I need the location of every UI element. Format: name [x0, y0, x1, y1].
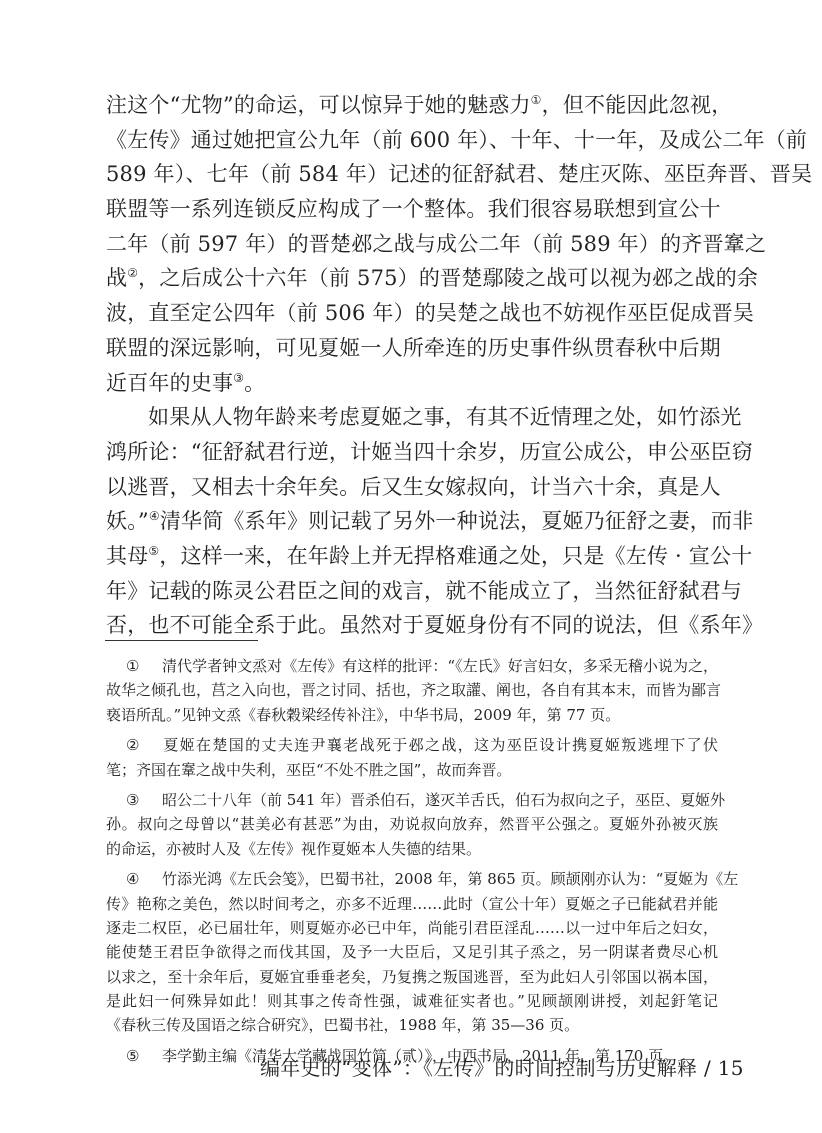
footnote-line: 以求之，至十余年后，夏姬宜垂垂老矣，乃复携之叛国逃晋，至为此妇人引邻国以祸本国，	[106, 965, 718, 989]
body-line: 鸿所论：“征舒弑君行逆，计姬当四十余岁，历宣公成公，申公巫臣窃	[106, 435, 718, 470]
footnote-line: 孙。叔向之母曾以“甚美必有甚恶”为由，劝说叔向放弃，然晋平公强之。夏姬外孙被灭族	[106, 812, 718, 836]
footnote-marker: ③	[126, 788, 162, 812]
footer-separator: /	[697, 1056, 717, 1080]
body-line: 589 年）、七年（前 584 年）记述的征舒弑君、楚庄灭陈、巫臣奔晋、晋吴	[106, 157, 718, 192]
body-line: 注这个“尤物”的命运，可以惊异于她的魅惑力①，但不能因此忽视，	[106, 88, 718, 123]
footnote-marker: ⑤	[126, 1044, 162, 1068]
body-line: 年》记载的陈灵公君臣之间的戏言，就不能成立了，当然征舒弑君与	[106, 574, 718, 609]
running-title: 编年史的“变体”：《左传》的时间控制与历史解释	[260, 1056, 697, 1080]
body-line: 战②，之后成公十六年（前 575）的晋楚鄢陵之战可以视为邲之战的余	[106, 261, 718, 296]
main-body-text: 注这个“尤物”的命运，可以惊异于她的魅惑力①，但不能因此忽视， 《左传》通过她把…	[106, 88, 718, 643]
body-line: 以逃晋，又相去十余年矣。后又生女嫁叔向，计当六十余，真是人	[106, 470, 718, 505]
body-line: 近百年的史事③。	[106, 366, 718, 401]
footnotes: ①清代学者钟文烝对《左传》有这样的批评：“《左氏》好言妇女，多采无稽小说为之， …	[106, 654, 718, 1068]
footnote-3: ③昭公二十八年（前 541 年）晋杀伯石，遂灭羊舌氏，伯石为叔向之子，巫臣、夏姬…	[106, 788, 718, 861]
body-line: 如果从人物年龄来考虑夏姬之事，有其不近情理之处，如竹添光	[106, 400, 718, 435]
footnote-4: ④竹添光鸿《左氏会笺》，巴蜀书社，2008 年，第 865 页。顾颉刚亦认为：“…	[106, 867, 718, 1038]
footnote-line: 笔；齐国在鞌之战中失利，巫臣“不处不胜之国”，故而奔晋。	[106, 758, 718, 782]
footnote-ref-1[interactable]: ①	[531, 93, 542, 107]
body-line: 《左传》通过她把宣公九年（前 600 年）、十年、十一年，及成公二年（前	[106, 123, 718, 158]
footnote-line: 是此妇一何殊异如此！则其事之传奇性强，诚难征实者也。”见顾颉刚讲授，刘起釪笔记	[106, 989, 718, 1013]
running-footer: 编年史的“变体”：《左传》的时间控制与历史解释 / 15	[260, 1052, 718, 1081]
footnote-line: 的命运，亦被时人及《左传》视作夏姬本人失德的结果。	[106, 837, 718, 861]
body-line: 其母⑤，这样一来，在年龄上并无捍格难通之处，只是《左传 · 宣公十	[106, 539, 718, 574]
footnote-1: ①清代学者钟文烝对《左传》有这样的批评：“《左氏》好言妇女，多采无稽小说为之， …	[106, 654, 718, 727]
footnote-ref-4[interactable]: ④	[149, 509, 160, 523]
footnote-line: ④竹添光鸿《左氏会笺》，巴蜀书社，2008 年，第 865 页。顾颉刚亦认为：“…	[106, 867, 718, 891]
footnote-ref-2[interactable]: ②	[127, 266, 138, 280]
body-line: 波，直至定公四年（前 506 年）的吴楚之战也不妨视作巫臣促成晋吴	[106, 296, 718, 331]
footnote-line: 亵语所乱。”见钟文烝《春秋穀梁经传补注》，中华书局，2009 年，第 77 页。	[106, 703, 718, 727]
body-line: 联盟等一系列连锁反应构成了一个整体。我们很容易联想到宣公十	[106, 192, 718, 227]
body-line: 联盟的深远影响，可见夏姬一人所牵连的历史事件纵贯春秋中后期	[106, 331, 718, 366]
footnote-line: ①清代学者钟文烝对《左传》有这样的批评：“《左氏》好言妇女，多采无稽小说为之，	[106, 654, 718, 678]
footnote-divider	[105, 640, 258, 641]
footnote-marker: ④	[126, 867, 162, 891]
footnote-line: 传》艳称之美色，然以时间考之，亦多不近理……此时（宣公十年）夏姬之子已能弑君并能	[106, 892, 718, 916]
footnote-line: 能使楚王君臣争欲得之而伐其国，及予一大臣后，又足引其子烝之，另一阴谋者费尽心机	[106, 940, 718, 964]
body-line: 妖。”④清华简《系年》则记载了另外一种说法，夏姬乃征舒之妻，而非	[106, 504, 718, 539]
footnote-line: 《春秋三传及国语之综合研究》，巴蜀书社，1988 年，第 35—36 页。	[106, 1013, 718, 1037]
page-number: 15	[718, 1056, 744, 1080]
body-line: 二年（前 597 年）的晋楚邲之战与成公二年（前 589 年）的齐晋鞌之	[106, 227, 718, 262]
paragraph-2: 如果从人物年龄来考虑夏姬之事，有其不近情理之处，如竹添光 鸿所论：“征舒弑君行逆…	[106, 400, 718, 643]
footnote-line: ③昭公二十八年（前 541 年）晋杀伯石，遂灭羊舌氏，伯石为叔向之子，巫臣、夏姬…	[106, 788, 718, 812]
footnote-line: 逐走二权臣，必已届壮年，则夏姬亦必已中年，尚能引君臣淫乱……以一过中年后之妇女，	[106, 916, 718, 940]
footnote-2: ②夏姬在楚国的丈夫连尹襄老战死于邲之战，这为巫臣设计携夏姬叛逃埋下了伏 笔；齐国…	[106, 733, 718, 782]
footnote-line: 故华之倾孔也，莒之入向也，晋之讨同、括也，齐之取讙、阐也，各自有其本末，而皆为鄙…	[106, 678, 718, 702]
book-page: 注这个“尤物”的命运，可以惊异于她的魅惑力①，但不能因此忽视， 《左传》通过她把…	[0, 0, 822, 1133]
footnote-line: ②夏姬在楚国的丈夫连尹襄老战死于邲之战，这为巫臣设计携夏姬叛逃埋下了伏	[106, 733, 718, 757]
body-line: 否，也不可能全系于此。虽然对于夏姬身份有不同的说法，但《系年》	[106, 608, 718, 643]
paragraph-1: 注这个“尤物”的命运，可以惊异于她的魅惑力①，但不能因此忽视， 《左传》通过她把…	[106, 88, 718, 400]
footnote-ref-3[interactable]: ③	[233, 371, 244, 385]
footnote-marker: ②	[126, 733, 162, 757]
footnote-marker: ①	[126, 654, 162, 678]
footnote-ref-5[interactable]: ⑤	[148, 544, 159, 558]
